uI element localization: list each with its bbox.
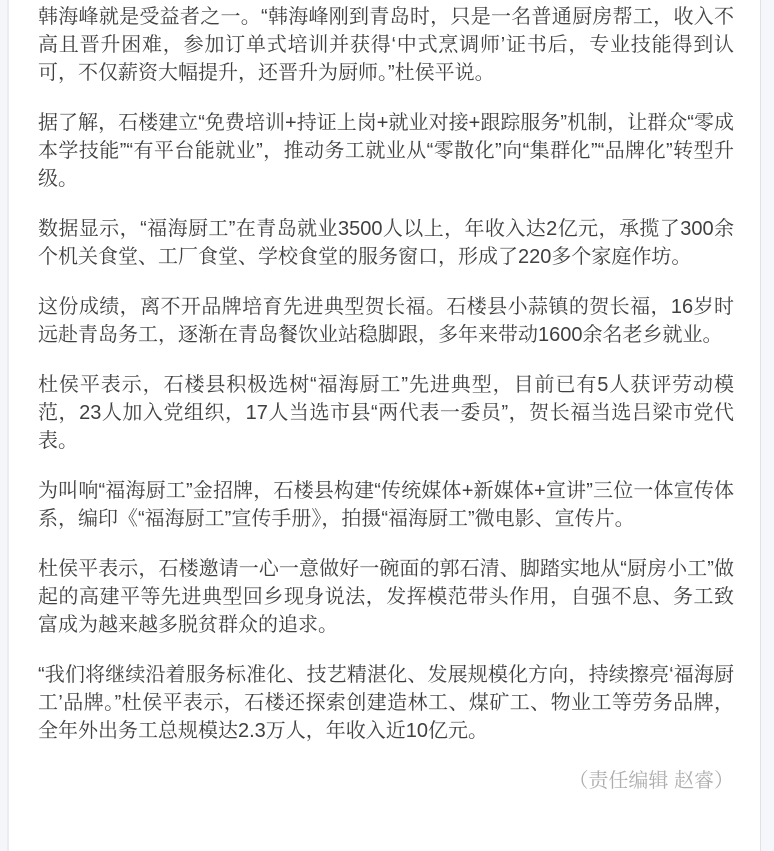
article-paragraph: 这份成绩，离不开品牌培育先进典型贺长福。石楼县小蒜镇的贺长福，16岁时远赴青岛务… bbox=[38, 293, 734, 349]
article-paragraph: 韩海峰就是受益者之一。“韩海峰刚到青岛时，只是一名普通厨房帮工，收入不高且晋升困… bbox=[38, 3, 734, 87]
editor-credit: （责任编辑 赵睿） bbox=[38, 767, 734, 795]
article-paragraph: 据了解，石楼建立“免费培训+持证上岗+就业对接+跟踪服务”机制，让群众“零成本学… bbox=[38, 109, 734, 193]
article-body: 韩海峰就是受益者之一。“韩海峰刚到青岛时，只是一名普通厨房帮工，收入不高且晋升困… bbox=[38, 3, 734, 795]
article-paragraph: 数据显示，“福海厨工”在青岛就业3500人以上，年收入达2亿元，承揽了300余个… bbox=[38, 215, 734, 271]
article-paragraph: 杜侯平表示，石楼邀请一心一意做好一碗面的郭石清、脚踏实地从“厨房小工”做起的高建… bbox=[38, 555, 734, 639]
article-paragraph: “我们将继续沿着服务标准化、技艺精湛化、发展规模化方向，持续擦亮‘福海厨工’品牌… bbox=[38, 661, 734, 745]
article-paragraph: 为叫响“福海厨工”金招牌，石楼县构建“传统媒体+新媒体+宣讲”三位一体宣传体系，… bbox=[38, 477, 734, 533]
page-gutter-right bbox=[760, 0, 774, 851]
article-paragraph: 杜侯平表示，石楼县积极选树“福海厨工”先进典型，目前已有5人获评劳动模范，23人… bbox=[38, 371, 734, 455]
article-page: { "article": { "paragraphs": [ "韩海峰就是受益者… bbox=[0, 0, 774, 851]
page-gutter-left bbox=[0, 0, 9, 851]
article-content: 韩海峰就是受益者之一。“韩海峰刚到青岛时，只是一名普通厨房帮工，收入不高且晋升困… bbox=[9, 0, 760, 851]
